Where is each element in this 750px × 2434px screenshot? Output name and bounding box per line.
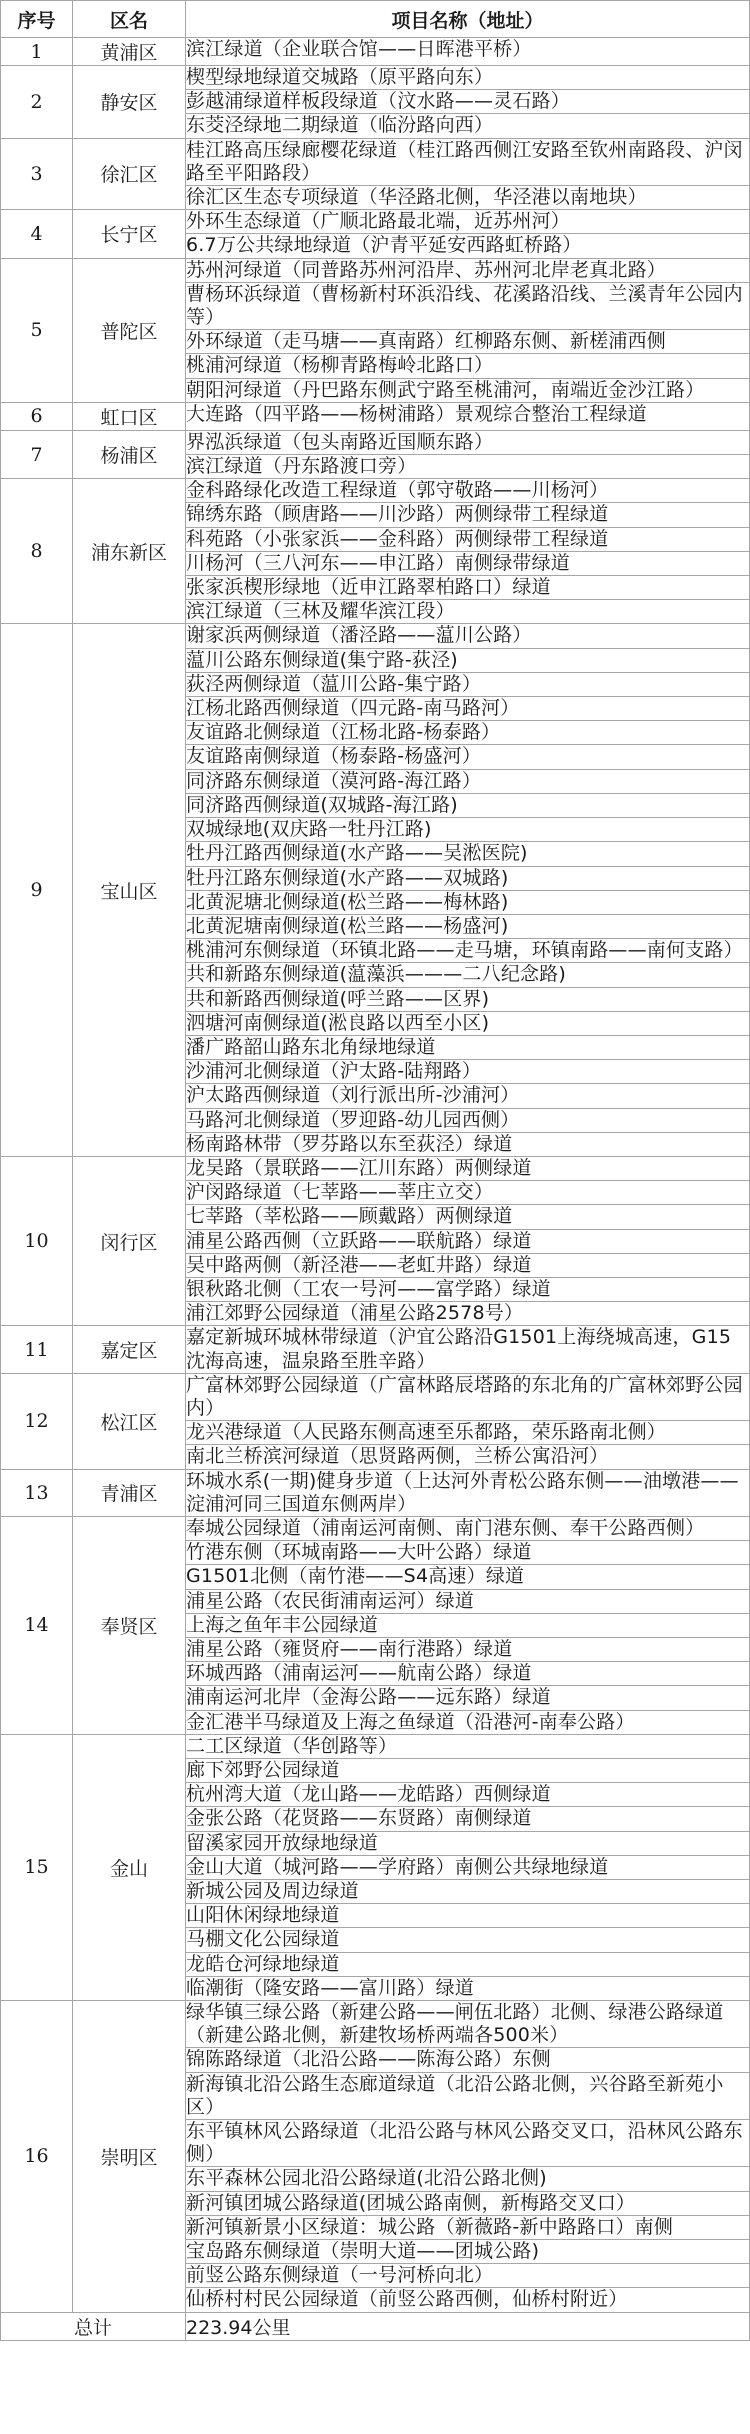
project-name: 沪闵路绿道（七莘路——莘庄立交） [186, 1181, 750, 1205]
project-name: 马路河北侧绿道（罗迎路-幼儿园西侧） [186, 1108, 750, 1132]
project-name: 东茭泾绿地二期绿道（临汾路向西） [186, 114, 750, 138]
project-name: 浦星公路西侧（立跃路——联航路）绿道 [186, 1229, 750, 1253]
project-name: 七莘路（莘松路——顾戴路）两侧绿道 [186, 1205, 750, 1229]
table-body: 1黄浦区滨江绿道（企业联合馆——日晖港平桥）2静安区楔型绿地绿道交城路（原平路向… [1, 38, 750, 2313]
project-name: 环城水系(一期)健身步道（上达河外青松公路东侧——油墩港——淀浦河同三国道东侧两… [186, 1469, 750, 1516]
district-name: 青浦区 [73, 1469, 186, 1516]
project-name: 潘广路韶山路东北角绿地绿道 [186, 1035, 750, 1059]
project-name: 二工区绿道（华创路等） [186, 1734, 750, 1758]
district-name: 黄浦区 [73, 38, 186, 66]
project-name: 金科路绿化改造工程绿道（郭守敬路——川杨河） [186, 479, 750, 503]
project-name: 泗塘河南侧绿道(淞良路以西至小区) [186, 1011, 750, 1035]
project-name: 牡丹江路西侧绿道(水产路——吴淞医院) [186, 842, 750, 866]
district-name: 浦东新区 [73, 479, 186, 624]
table-row: 9宝山区谢家浜两侧绿道（潘泾路——蕰川公路） [1, 624, 750, 648]
project-name: 共和新路西侧绿道(呼兰路——区界) [186, 987, 750, 1011]
project-name: 界泓浜绿道（包头南路近国顺东路） [186, 430, 750, 454]
project-name: 奉城公园绿道（浦南运河南侧、南门港东侧、奉干公路西侧） [186, 1516, 750, 1540]
project-name: 桃浦河东侧绿道（环镇北路——走马塘，环镇南路——南何支路） [186, 939, 750, 963]
project-name: 上海之鱼年丰公园绿道 [186, 1613, 750, 1637]
project-name: 东平森林公园北沿公路绿道(北沿公路北侧) [186, 2167, 750, 2191]
project-name: 金汇港半马绿道及上海之鱼绿道（沿港河-南奉公路） [186, 1710, 750, 1734]
project-name: 张家浜楔形绿地（近申江路翠柏路口）绿道 [186, 576, 750, 600]
project-name: G1501北侧（南竹港——S4高速）绿道 [186, 1565, 750, 1589]
district-number: 10 [1, 1156, 73, 1325]
project-name: 宝岛路东侧绿道（崇明大道——团城公路) [186, 2240, 750, 2264]
district-name: 奉贤区 [73, 1516, 186, 1734]
district-number: 5 [1, 258, 73, 402]
project-name: 广富林郊野公园绿道（广富林路辰塔路的东北角的广富林郊野公园内） [186, 1373, 750, 1420]
district-name: 杨浦区 [73, 430, 186, 478]
table-row: 11嘉定区嘉定新城环城林带绿道（沪宜公路沿G1501上海绕城高速，G15沈海高速… [1, 1326, 750, 1373]
project-name: 杨南路林带（罗芬路以东至荻泾）绿道 [186, 1132, 750, 1156]
project-name: 新城公园及周边绿道 [186, 1880, 750, 1904]
project-name: 龙兴港绿道（人民路东侧高速至乐都路，荣乐路南北侧） [186, 1421, 750, 1445]
project-name: 荻泾两侧绿道（蕰川公路-集宁路） [186, 672, 750, 696]
project-name: 马棚文化公园绿道 [186, 1928, 750, 1952]
project-name: 外环生态绿道（广顺北路最北端，近苏州河） [186, 210, 750, 234]
project-name: 浦星公路（雍贤府——南行港路）绿道 [186, 1638, 750, 1662]
header-no: 序号 [1, 1, 73, 38]
district-name: 嘉定区 [73, 1326, 186, 1373]
district-name: 虹口区 [73, 402, 186, 430]
project-name: 廊下郊野公园绿道 [186, 1759, 750, 1783]
project-name: 彭越浦绿道样板段绿道（汶水路——灵石路） [186, 90, 750, 114]
project-name: 川杨河（三八河东——申江路）南侧绿带绿道 [186, 551, 750, 575]
project-name: 浦南运河北岸（金海公路——远东路）绿道 [186, 1686, 750, 1710]
project-name: 桂江路高压绿廊樱花绿道（桂江路西侧江安路至钦州南路段、沪闵路至平阳路段） [186, 138, 750, 185]
project-name: 徐汇区生态专项绿道（华泾路北侧，华泾港以南地块） [186, 186, 750, 210]
project-name: 浦星公路（农民街浦南运河）绿道 [186, 1589, 750, 1613]
project-name: 大连路（四平路——杨树浦路）景观综合整治工程绿道 [186, 402, 750, 430]
project-name: 北黄泥塘北侧绿道(松兰路——梅林路) [186, 890, 750, 914]
table-row: 15金山二工区绿道（华创路等） [1, 1734, 750, 1758]
project-name: 锦陈路绿道（北沿公路——陈海公路）东侧 [186, 2048, 750, 2072]
table-row: 10闵行区龙吴路（景联路——江川东路）两侧绿道 [1, 1156, 750, 1180]
district-number: 1 [1, 38, 73, 66]
project-name: 环城西路（浦南运河——航南公路）绿道 [186, 1662, 750, 1686]
project-name: 新河镇团城公路绿道(团城公路南侧，新梅路交叉口） [186, 2191, 750, 2215]
project-name: 滨江绿道（三林及耀华滨江段） [186, 600, 750, 624]
project-name: 南北兰桥滨河绿道（思贤路两侧，兰桥公寓沿河） [186, 1445, 750, 1469]
project-name: 龙吴路（景联路——江川东路）两侧绿道 [186, 1156, 750, 1180]
project-name: 东平镇林风公路绿道（北沿公路与林风公路交叉口，沿林风公路东侧） [186, 2120, 750, 2167]
district-number: 13 [1, 1469, 73, 1516]
header-row: 序号 区名 项目名称（地址） [1, 1, 750, 38]
project-name: 竹港东侧（环城南路——大叶公路）绿道 [186, 1541, 750, 1565]
project-name: 杭州湾大道（龙山路——龙皓路）西侧绿道 [186, 1783, 750, 1807]
district-number: 2 [1, 66, 73, 139]
district-number: 14 [1, 1516, 73, 1734]
district-number: 3 [1, 138, 73, 210]
project-name: 牡丹江路东侧绿道(水产路——双城路) [186, 866, 750, 890]
district-number: 7 [1, 430, 73, 478]
district-name: 徐汇区 [73, 138, 186, 210]
district-name: 崇明区 [73, 2001, 186, 2313]
table-row: 3徐汇区桂江路高压绿廊樱花绿道（桂江路西侧江安路至钦州南路段、沪闵路至平阳路段） [1, 138, 750, 185]
project-name: 沙浦河北侧绿道（沪太路-陆翔路） [186, 1060, 750, 1084]
project-name: 外环绿道（走马塘——真南路）红柳路东侧、新槎浦西侧 [186, 330, 750, 354]
district-number: 6 [1, 402, 73, 430]
project-name: 嘉定新城环城林带绿道（沪宜公路沿G1501上海绕城高速，G15沈海高速，温泉路至… [186, 1326, 750, 1373]
district-name: 长宁区 [73, 210, 186, 258]
project-name: 临潮街（隆安路——富川路）绿道 [186, 1976, 750, 2000]
total-label: 总计 [1, 2312, 186, 2340]
district-number: 9 [1, 624, 73, 1156]
district-name: 静安区 [73, 66, 186, 139]
project-name: 朝阳河绿道（丹巴路东侧武宁路至桃浦河，南端近金沙江路） [186, 378, 750, 402]
project-name: 绿华镇三绿公路（新建公路——闸伍北路）北侧、绿港公路绿道（新建公路北侧，新建牧场… [186, 2001, 750, 2048]
table-row: 6虹口区大连路（四平路——杨树浦路）景观综合整治工程绿道 [1, 402, 750, 430]
greenway-projects-table: 序号 区名 项目名称（地址） 1黄浦区滨江绿道（企业联合馆——日晖港平桥）2静安… [0, 0, 750, 2341]
project-name: 友谊路南侧绿道（杨泰路-杨盛河） [186, 745, 750, 769]
district-name: 金山 [73, 1734, 186, 2000]
project-name: 滨江绿道（企业联合馆——日晖港平桥） [186, 38, 750, 66]
project-name: 留溪家园开放绿地绿道 [186, 1831, 750, 1855]
project-name: 沪太路西侧绿道（刘行派出所-沙浦河） [186, 1084, 750, 1108]
project-name: 曹杨环浜绿道（曹杨新村环浜沿线、花溪路沿线、兰溪青年公园内等） [186, 282, 750, 329]
project-name: 前竖公路东侧绿道（一号河桥向北） [186, 2264, 750, 2288]
district-number: 12 [1, 1373, 73, 1469]
project-name: 友谊路北侧绿道（江杨北路-杨泰路） [186, 721, 750, 745]
project-name: 6.7万公共绿地绿道（沪青平延安西路虹桥路） [186, 234, 750, 258]
project-name: 新海镇北沿公路生态廊道绿道（北沿公路北侧，兴谷路至新苑小区） [186, 2072, 750, 2119]
project-name: 同济路东侧绿道（漠河路-海江路） [186, 769, 750, 793]
district-name: 闵行区 [73, 1156, 186, 1325]
district-name: 宝山区 [73, 624, 186, 1156]
project-name: 同济路西侧绿道(双城路-海江路) [186, 793, 750, 817]
total-row: 总计 223.94公里 [1, 2312, 750, 2340]
table-row: 14奉贤区奉城公园绿道（浦南运河南侧、南门港东侧、奉干公路西侧） [1, 1516, 750, 1540]
project-name: 新河镇新景小区绿道：城公路（新薇路-新中路路口）南侧 [186, 2215, 750, 2239]
table-row: 1黄浦区滨江绿道（企业联合馆——日晖港平桥） [1, 38, 750, 66]
district-number: 15 [1, 1734, 73, 2000]
project-name: 北黄泥塘南侧绿道(松兰路——杨盛河) [186, 914, 750, 938]
district-number: 16 [1, 2001, 73, 2313]
project-name: 桃浦河绿道（杨柳青路梅岭北路口） [186, 354, 750, 378]
project-name: 浦江郊野公园绿道（浦星公路2578号） [186, 1302, 750, 1326]
project-name: 共和新路东侧绿道(蕰藻浜———二八纪念路) [186, 963, 750, 987]
header-project: 项目名称（地址） [186, 1, 750, 38]
table-row: 12松江区广富林郊野公园绿道（广富林路辰塔路的东北角的广富林郊野公园内） [1, 1373, 750, 1420]
table-row: 5普陀区苏州河绿道（同普路苏州河沿岸、苏州河北岸老真北路） [1, 258, 750, 282]
project-name: 双城绿地(双庆路一牡丹江路) [186, 818, 750, 842]
district-number: 11 [1, 1326, 73, 1373]
district-name: 松江区 [73, 1373, 186, 1469]
table-row: 8浦东新区金科路绿化改造工程绿道（郭守敬路——川杨河） [1, 479, 750, 503]
project-name: 龙皓仓河绿地绿道 [186, 1952, 750, 1976]
project-name: 苏州河绿道（同普路苏州河沿岸、苏州河北岸老真北路） [186, 258, 750, 282]
project-name: 山阳休闲绿地绿道 [186, 1904, 750, 1928]
project-name: 金张公路（花贤路——东贤路）南侧绿道 [186, 1807, 750, 1831]
district-name: 普陀区 [73, 258, 186, 402]
project-name: 科苑路（小张家浜——金科路）两侧绿带工程绿道 [186, 527, 750, 551]
project-name: 金山大道（城河路——学府路）南侧公共绿地绿道 [186, 1855, 750, 1879]
project-name: 滨江绿道（丹东路渡口旁） [186, 455, 750, 479]
project-name: 吴中路两侧（新泾港——老虹井路）绿道 [186, 1253, 750, 1277]
total-value: 223.94公里 [186, 2312, 750, 2340]
project-name: 谢家浜两侧绿道（潘泾路——蕰川公路） [186, 624, 750, 648]
project-name: 楔型绿地绿道交城路（原平路向东） [186, 66, 750, 90]
project-name: 仙桥村村民公园绿道（前竖公路西侧，仙桥村附近） [186, 2288, 750, 2312]
table-row: 4长宁区外环生态绿道（广顺北路最北端，近苏州河） [1, 210, 750, 234]
project-name: 江杨北路西侧绿道（四元路-南马路河） [186, 697, 750, 721]
header-district: 区名 [73, 1, 186, 38]
district-number: 8 [1, 479, 73, 624]
table-row: 16崇明区绿华镇三绿公路（新建公路——闸伍北路）北侧、绿港公路绿道（新建公路北侧… [1, 2001, 750, 2048]
project-name: 银秋路北侧（工农一号河——富学路）绿道 [186, 1277, 750, 1301]
table-row: 2静安区楔型绿地绿道交城路（原平路向东） [1, 66, 750, 90]
district-number: 4 [1, 210, 73, 258]
table-row: 7杨浦区界泓浜绿道（包头南路近国顺东路） [1, 430, 750, 454]
project-name: 锦绣东路（顾唐路——川沙路）两侧绿带工程绿道 [186, 503, 750, 527]
project-name: 蕰川公路东侧绿道(集宁路-荻泾) [186, 648, 750, 672]
table-row: 13青浦区环城水系(一期)健身步道（上达河外青松公路东侧——油墩港——淀浦河同三… [1, 1469, 750, 1516]
